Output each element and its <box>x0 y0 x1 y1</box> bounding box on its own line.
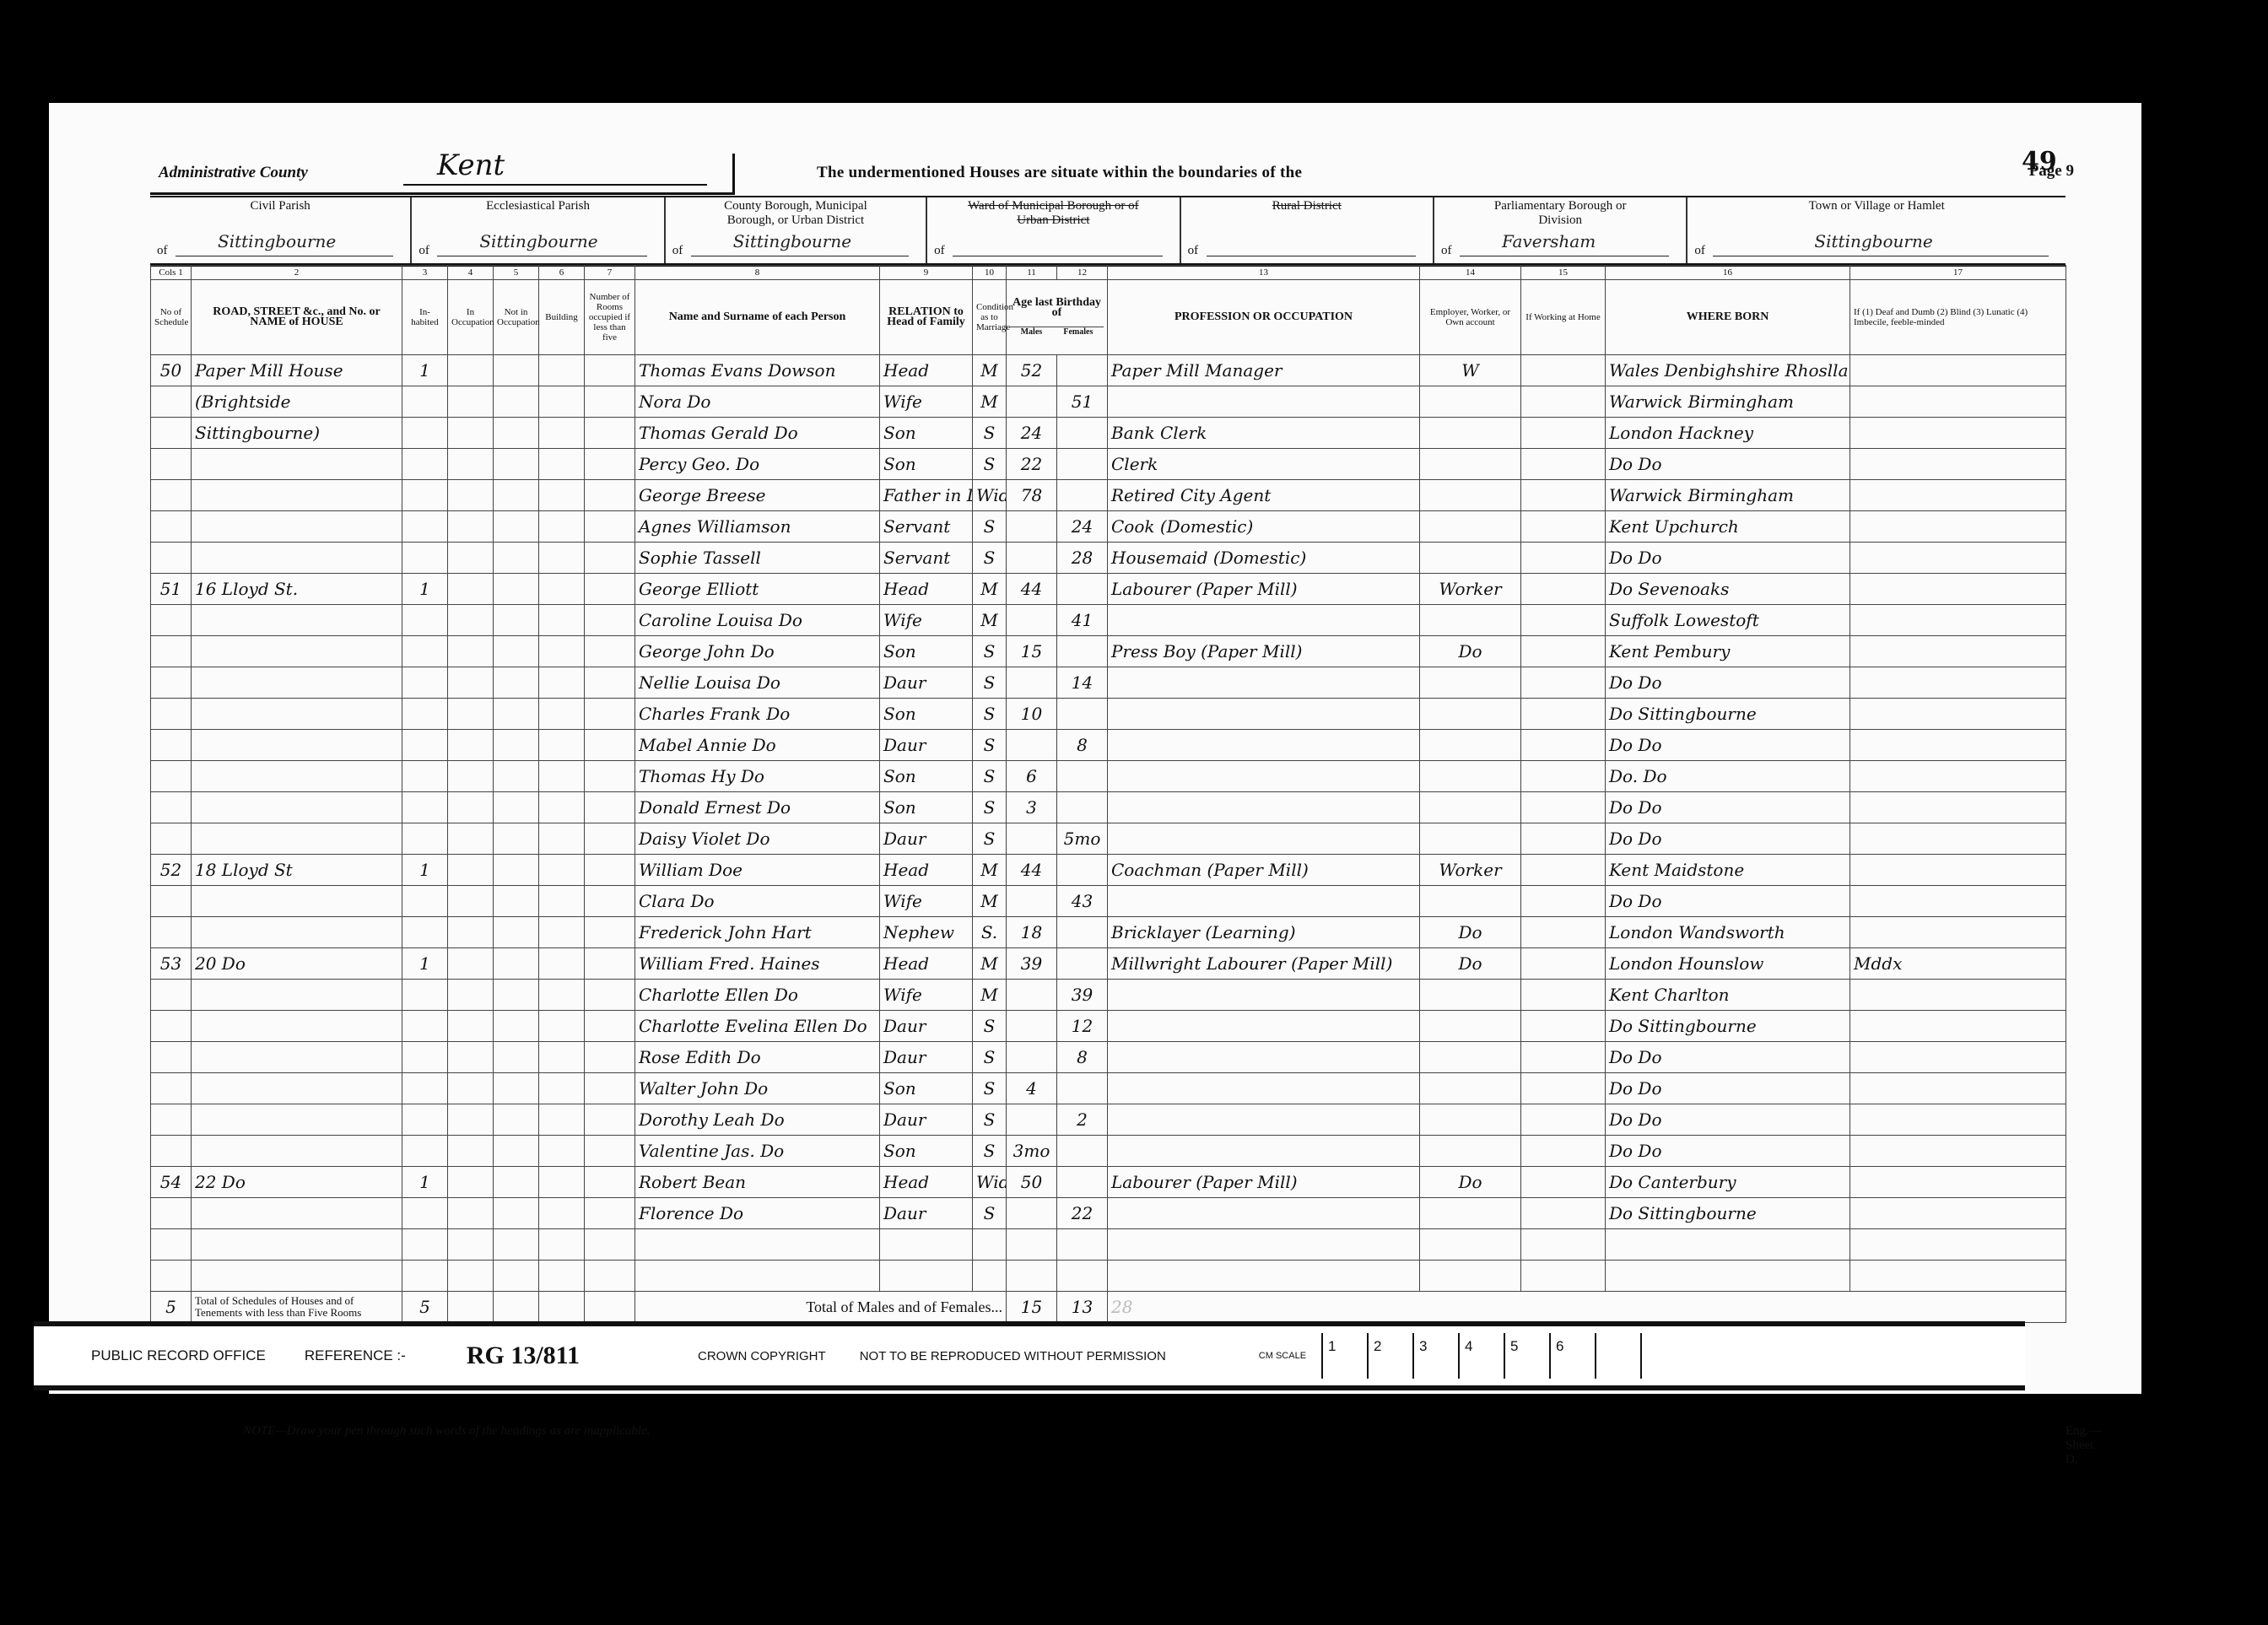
rooms <box>585 605 635 636</box>
person-name: Thomas Evans Dowson <box>635 355 880 386</box>
female-age <box>1057 1073 1108 1104</box>
female-age: 12 <box>1057 1011 1108 1042</box>
not-in-occupation <box>494 1136 539 1167</box>
in-occupation <box>448 667 494 699</box>
in-occupation <box>448 1136 494 1167</box>
inhabited <box>402 511 448 543</box>
male-age <box>1007 886 1057 917</box>
rooms <box>585 1229 635 1261</box>
header-infirmity: If (1) Deaf and Dumb (2) Blind (3) Lunat… <box>1850 280 2066 355</box>
table-row: Charlotte Evelina Ellen DoDaurS12Do Sitt… <box>151 1011 2066 1042</box>
infirmity <box>1850 1167 2066 1198</box>
not-in-occupation <box>494 855 539 886</box>
employer-status: Do <box>1420 948 1521 980</box>
area-parliamentary-division: Parliamentary Borough or Division of Fav… <box>1434 197 1687 263</box>
infirmity <box>1850 855 2066 886</box>
relation: Wife <box>880 386 973 418</box>
condition: S <box>973 730 1007 761</box>
occupation <box>1108 823 1420 855</box>
table-row: Nellie Louisa DoDaurS14Do Do <box>151 667 2066 699</box>
schedule-number <box>151 823 192 855</box>
occupation: Labourer (Paper Mill) <box>1108 574 1420 605</box>
working-at-home <box>1521 699 1606 730</box>
condition: S <box>973 1104 1007 1136</box>
female-age <box>1057 1136 1108 1167</box>
building <box>539 355 585 386</box>
table-row: Charlotte Ellen DoWifeM39Kent Charlton <box>151 980 2066 1011</box>
not-in-occupation <box>494 355 539 386</box>
address <box>192 605 402 636</box>
employer-status <box>1420 1229 1521 1261</box>
table-row: Florence DoDaurS22Do Sittingbourne <box>151 1198 2066 1229</box>
address: 16 Lloyd St. <box>192 574 402 605</box>
header-rooms: Number of Rooms occupied if less than fi… <box>585 280 635 355</box>
infirmity <box>1850 792 2066 823</box>
rooms <box>585 574 635 605</box>
working-at-home <box>1521 886 1606 917</box>
area-rural-district: Rural District of <box>1181 197 1434 263</box>
in-occupation <box>448 1167 494 1198</box>
schedule-number <box>151 792 192 823</box>
building <box>539 1073 585 1104</box>
person-name: Nellie Louisa Do <box>635 667 880 699</box>
relation: Head <box>880 948 973 980</box>
relation <box>880 1229 973 1261</box>
where-born: Warwick Birmingham <box>1606 386 1850 418</box>
male-age: 44 <box>1007 574 1057 605</box>
address <box>192 1261 402 1292</box>
in-occupation <box>448 1073 494 1104</box>
condition: S <box>973 761 1007 792</box>
male-age <box>1007 386 1057 418</box>
employer-status: Worker <box>1420 855 1521 886</box>
inhabited <box>402 730 448 761</box>
where-born: London Hackney <box>1606 418 1850 449</box>
address <box>192 1136 402 1167</box>
inhabited <box>402 480 448 511</box>
employer-status <box>1420 511 1521 543</box>
table-row: George BreeseFather in LawWid78Retired C… <box>151 480 2066 511</box>
where-born: Do Do <box>1606 823 1850 855</box>
folio-number: 49 <box>2022 147 2057 176</box>
person-name: Florence Do <box>635 1198 880 1229</box>
employer-status: Do <box>1420 636 1521 667</box>
occupation <box>1108 1042 1420 1073</box>
address <box>192 1229 402 1261</box>
infirmity <box>1850 667 2066 699</box>
in-occupation <box>448 761 494 792</box>
address <box>192 730 402 761</box>
inhabited <box>402 449 448 480</box>
column-numbers: Cols 12 34 56 78 910 1112 1314 1516 17 <box>151 266 2066 280</box>
person-name: Walter John Do <box>635 1073 880 1104</box>
table-row <box>151 1261 2066 1292</box>
relation <box>880 1261 973 1292</box>
occupation: Press Boy (Paper Mill) <box>1108 636 1420 667</box>
where-born: Do Sittingbourne <box>1606 699 1850 730</box>
rooms <box>585 792 635 823</box>
building <box>539 886 585 917</box>
female-age <box>1057 355 1108 386</box>
inhabited <box>402 636 448 667</box>
header-not-in-occupation: Not in Occupation <box>494 280 539 355</box>
building <box>539 543 585 574</box>
not-in-occupation <box>494 511 539 543</box>
male-age <box>1007 823 1057 855</box>
female-age: 14 <box>1057 667 1108 699</box>
address <box>192 980 402 1011</box>
occupation <box>1108 761 1420 792</box>
inhabited: 1 <box>402 574 448 605</box>
male-age <box>1007 980 1057 1011</box>
administrative-county: Administrative County Kent <box>150 154 735 195</box>
condition: S <box>973 792 1007 823</box>
rooms <box>585 449 635 480</box>
female-age: 2 <box>1057 1104 1108 1136</box>
condition: M <box>973 948 1007 980</box>
building <box>539 386 585 418</box>
where-born: Do Do <box>1606 1073 1850 1104</box>
employer-status <box>1420 699 1521 730</box>
building <box>539 605 585 636</box>
not-in-occupation <box>494 1198 539 1229</box>
building <box>539 1104 585 1136</box>
total-males: 15 <box>1007 1292 1057 1323</box>
condition: M <box>973 886 1007 917</box>
condition: S <box>973 1136 1007 1167</box>
rooms <box>585 543 635 574</box>
inhabited <box>402 386 448 418</box>
form-title: The undermentioned Houses are situate wi… <box>817 164 1302 182</box>
building <box>539 1229 585 1261</box>
table-row: Thomas Hy DoSonS6Do. Do <box>151 761 2066 792</box>
infirmity <box>1850 449 2066 480</box>
where-born: Do Sittingbourne <box>1606 1198 1850 1229</box>
female-age <box>1057 636 1108 667</box>
occupation <box>1108 1198 1420 1229</box>
male-age: 6 <box>1007 761 1057 792</box>
crown-copyright: CROWN COPYRIGHT <box>698 1349 826 1363</box>
employer-status <box>1420 449 1521 480</box>
male-age <box>1007 1042 1057 1073</box>
relation: Wife <box>880 886 973 917</box>
building <box>539 511 585 543</box>
occupation <box>1108 605 1420 636</box>
infirmity <box>1850 917 2066 948</box>
not-in-occupation <box>494 1229 539 1261</box>
employer-status <box>1420 823 1521 855</box>
address <box>192 917 402 948</box>
relation: Son <box>880 699 973 730</box>
infirmity <box>1850 1261 2066 1292</box>
rooms <box>585 948 635 980</box>
schedule-number <box>151 667 192 699</box>
column-headers: No of Schedule ROAD, STREET &c., and No.… <box>151 280 2066 355</box>
building <box>539 1042 585 1073</box>
schedule-number <box>151 1261 192 1292</box>
female-age: 5mo <box>1057 823 1108 855</box>
building <box>539 917 585 948</box>
inhabited <box>402 1073 448 1104</box>
address <box>192 699 402 730</box>
person-name: Rose Edith Do <box>635 1042 880 1073</box>
working-at-home <box>1521 948 1606 980</box>
person-name: Daisy Violet Do <box>635 823 880 855</box>
building <box>539 855 585 886</box>
schedule-number <box>151 1136 192 1167</box>
admin-county-label: Administrative County <box>159 164 308 182</box>
condition: M <box>973 605 1007 636</box>
inhabited <box>402 1198 448 1229</box>
female-age <box>1057 855 1108 886</box>
working-at-home <box>1521 1011 1606 1042</box>
record-office: PUBLIC RECORD OFFICE <box>91 1347 266 1364</box>
address <box>192 761 402 792</box>
rooms <box>585 636 635 667</box>
where-born: Do Sittingbourne <box>1606 1011 1850 1042</box>
infirmity <box>1850 480 2066 511</box>
table-row: Frederick John HartNephewS.18Bricklayer … <box>151 917 2066 948</box>
where-born: Kent Charlton <box>1606 980 1850 1011</box>
condition: S <box>973 1073 1007 1104</box>
schedule-number <box>151 699 192 730</box>
condition: S <box>973 636 1007 667</box>
employer-status: Do <box>1420 917 1521 948</box>
relation: Son <box>880 761 973 792</box>
person-name: Valentine Jas. Do <box>635 1136 880 1167</box>
not-in-occupation <box>494 574 539 605</box>
address <box>192 792 402 823</box>
rooms <box>585 418 635 449</box>
working-at-home <box>1521 1073 1606 1104</box>
male-age <box>1007 543 1057 574</box>
infirmity <box>1850 636 2066 667</box>
where-born: Do Do <box>1606 543 1850 574</box>
address: 22 Do <box>192 1167 402 1198</box>
person-name: Charlotte Evelina Ellen Do <box>635 1011 880 1042</box>
relation: Servant <box>880 511 973 543</box>
occupation: Paper Mill Manager <box>1108 355 1420 386</box>
table-row: 5320 Do1William Fred. HainesHeadM39Millw… <box>151 948 2066 980</box>
building <box>539 730 585 761</box>
in-occupation <box>448 1011 494 1042</box>
table-row: Caroline Louisa DoWifeM41Suffolk Lowesto… <box>151 605 2066 636</box>
inhabited <box>402 543 448 574</box>
where-born: Do Do <box>1606 449 1850 480</box>
employer-status <box>1420 667 1521 699</box>
rooms <box>585 761 635 792</box>
rooms <box>585 511 635 543</box>
female-age <box>1057 418 1108 449</box>
not-in-occupation <box>494 730 539 761</box>
where-born: Do Do <box>1606 792 1850 823</box>
cm-scale: 1 2 3 4 5 6 <box>1321 1333 1642 1379</box>
address <box>192 449 402 480</box>
building <box>539 1167 585 1198</box>
inhabited: 1 <box>402 1167 448 1198</box>
table-row: (BrightsideNora DoWifeM51Warwick Birming… <box>151 386 2066 418</box>
table-row: Charles Frank DoSonS10Do Sittingbourne <box>151 699 2066 730</box>
employer-status <box>1420 980 1521 1011</box>
table-row: Sittingbourne)Thomas Gerald DoSonS24Bank… <box>151 418 2066 449</box>
header-relation: RELATION to Head of Family <box>880 280 973 355</box>
condition: M <box>973 386 1007 418</box>
infirmity <box>1850 886 2066 917</box>
rooms <box>585 355 635 386</box>
sheet-label: Eng.—Sheet D. <box>2065 1424 2108 1467</box>
condition: Wid <box>973 1167 1007 1198</box>
inhabited <box>402 1229 448 1261</box>
address <box>192 543 402 574</box>
female-age <box>1057 1167 1108 1198</box>
infirmity <box>1850 730 2066 761</box>
relation: Servant <box>880 543 973 574</box>
rooms <box>585 823 635 855</box>
not-in-occupation <box>494 418 539 449</box>
person-name: Nora Do <box>635 386 880 418</box>
not-in-occupation <box>494 1042 539 1073</box>
table-row: 5116 Lloyd St.1George ElliottHeadM44Labo… <box>151 574 2066 605</box>
header-where-born: WHERE BORN <box>1606 280 1850 355</box>
working-at-home <box>1521 418 1606 449</box>
working-at-home <box>1521 1104 1606 1136</box>
infirmity <box>1850 1042 2066 1073</box>
person-name: Thomas Gerald Do <box>635 418 880 449</box>
infirmity <box>1850 605 2066 636</box>
working-at-home <box>1521 980 1606 1011</box>
not-in-occupation <box>494 761 539 792</box>
total-houses: 5 <box>402 1292 448 1323</box>
inhabited <box>402 917 448 948</box>
inhabited <box>402 886 448 917</box>
condition: S. <box>973 917 1007 948</box>
building <box>539 667 585 699</box>
building <box>539 792 585 823</box>
schedule-number <box>151 980 192 1011</box>
relation: Son <box>880 449 973 480</box>
rooms <box>585 1261 635 1292</box>
male-age <box>1007 1011 1057 1042</box>
address: Paper Mill House <box>192 355 402 386</box>
working-at-home <box>1521 386 1606 418</box>
area-civil-parish: Civil Parish of Sittingbourne <box>150 197 412 263</box>
person-name: Thomas Hy Do <box>635 761 880 792</box>
infirmity <box>1850 761 2066 792</box>
address: Sittingbourne) <box>192 418 402 449</box>
not-in-occupation <box>494 823 539 855</box>
occupation: Coachman (Paper Mill) <box>1108 855 1420 886</box>
rooms <box>585 480 635 511</box>
rooms <box>585 1136 635 1167</box>
schedule-number <box>151 480 192 511</box>
female-age <box>1057 1261 1108 1292</box>
male-age: 10 <box>1007 699 1057 730</box>
female-age <box>1057 1229 1108 1261</box>
relation: Head <box>880 1167 973 1198</box>
infirmity <box>1850 1136 2066 1167</box>
employer-status <box>1420 543 1521 574</box>
in-occupation <box>448 386 494 418</box>
not-in-occupation <box>494 449 539 480</box>
schedule-number <box>151 917 192 948</box>
occupation <box>1108 730 1420 761</box>
employer-status <box>1420 1104 1521 1136</box>
male-age: 15 <box>1007 636 1057 667</box>
female-age: 24 <box>1057 511 1108 543</box>
inhabited <box>402 1042 448 1073</box>
table-row: Clara DoWifeM43Do Do <box>151 886 2066 917</box>
occupation: Clerk <box>1108 449 1420 480</box>
working-at-home <box>1521 543 1606 574</box>
building <box>539 980 585 1011</box>
rooms <box>585 980 635 1011</box>
occupation <box>1108 1104 1420 1136</box>
where-born: Do. Do <box>1606 761 1850 792</box>
schedule-number <box>151 543 192 574</box>
employer-status <box>1420 1011 1521 1042</box>
address <box>192 511 402 543</box>
cm-scale-label: CM SCALE <box>1259 1351 1306 1361</box>
employer-status: W <box>1420 355 1521 386</box>
relation: Son <box>880 792 973 823</box>
working-at-home <box>1521 1229 1606 1261</box>
building <box>539 1198 585 1229</box>
rooms <box>585 667 635 699</box>
male-age: 24 <box>1007 418 1057 449</box>
inhabited: 1 <box>402 948 448 980</box>
female-age: 39 <box>1057 980 1108 1011</box>
building <box>539 1136 585 1167</box>
male-age <box>1007 1198 1057 1229</box>
male-age <box>1007 1261 1057 1292</box>
relation: Daur <box>880 1011 973 1042</box>
building <box>539 699 585 730</box>
working-at-home <box>1521 449 1606 480</box>
header-name: Name and Surname of each Person <box>635 280 880 355</box>
table-row: Dorothy Leah DoDaurS2Do Do <box>151 1104 2066 1136</box>
where-born <box>1606 1229 1850 1261</box>
not-in-occupation <box>494 980 539 1011</box>
person-name: Agnes Williamson <box>635 511 880 543</box>
total-pencil-note: 28 <box>1108 1292 2066 1323</box>
relation: Daur <box>880 1042 973 1073</box>
working-at-home <box>1521 1042 1606 1073</box>
header-age: Age last Birthday of MalesFemales <box>1007 280 1108 355</box>
header-schedule: No of Schedule <box>151 280 192 355</box>
table-row: Mabel Annie DoDaurS8Do Do <box>151 730 2066 761</box>
not-in-occupation <box>494 605 539 636</box>
schedule-number <box>151 418 192 449</box>
building <box>539 823 585 855</box>
female-age: 43 <box>1057 886 1108 917</box>
condition: M <box>973 980 1007 1011</box>
table-row: Valentine Jas. DoSonS3moDo Do <box>151 1136 2066 1167</box>
in-occupation <box>448 511 494 543</box>
where-born: London Wandsworth <box>1606 917 1850 948</box>
person-name: Mabel Annie Do <box>635 730 880 761</box>
employer-status <box>1420 1073 1521 1104</box>
in-occupation <box>448 480 494 511</box>
table-row <box>151 1229 2066 1261</box>
infirmity <box>1850 699 2066 730</box>
male-age: 78 <box>1007 480 1057 511</box>
address <box>192 636 402 667</box>
male-age: 4 <box>1007 1073 1057 1104</box>
occupation <box>1108 792 1420 823</box>
table-row: Daisy Violet DoDaurS5moDo Do <box>151 823 2066 855</box>
not-in-occupation <box>494 699 539 730</box>
occupation <box>1108 1073 1420 1104</box>
